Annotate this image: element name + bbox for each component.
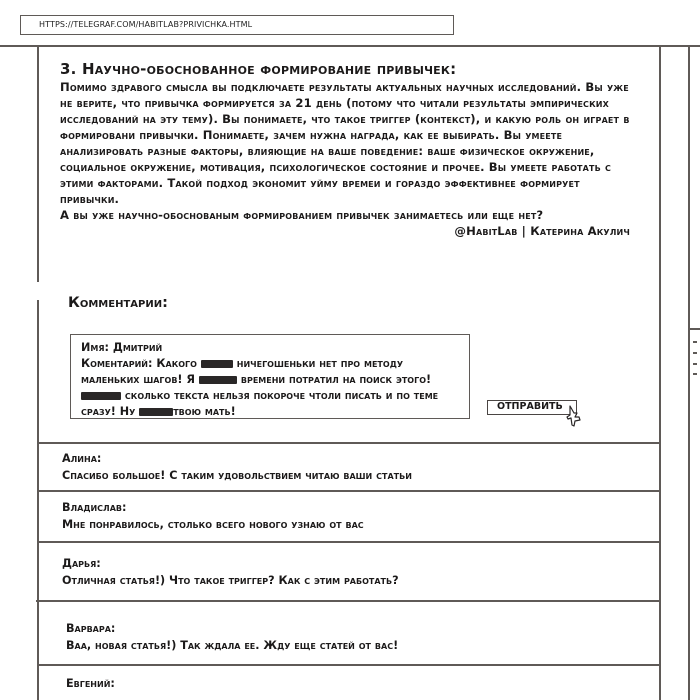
comment-list-item: Владислав: Мне понравилось, столько всег… [38,499,658,533]
article-paragraph: Помимо здравого смысла вы подключаете ре… [60,79,640,207]
scrollbar-grip [693,363,697,365]
comment-fragment: сколько текста нельзя покороче чтоли пис… [81,389,438,418]
scrollbar-grip [693,373,697,375]
article-question: А вы уже научно-обоснованым формирование… [60,207,640,223]
url-text: https://telegraf.com/habitlab?privichka.… [39,20,252,29]
name-label: Имя: [81,341,109,354]
comment-author: Варвара: [38,620,658,637]
comment-author: Дарья: [38,555,658,572]
row-divider [36,600,659,602]
scrollbar-track[interactable] [688,46,690,700]
comment-list-item: Алина: Спасибо большое! С таким удовольс… [38,450,658,484]
comment-fragment: Какого [156,357,197,370]
address-bar[interactable]: https://telegraf.com/habitlab?privichka.… [20,15,454,35]
comment-fragment: твою мать! [173,405,235,418]
comment-body: Ваа, новая статья!) Так ждала ее. Жду ещ… [38,637,658,654]
censor-bar [81,392,121,400]
submit-button[interactable]: Отправить [487,400,577,415]
article-body: Помимо здравого смысла вы подключаете ре… [60,79,640,239]
comment-fragment: времени потратил на поиск этого! [241,373,431,386]
comment-author: Алина: [38,450,658,467]
comment-list-item: Варвара: Ваа, новая статья!) Так ждала е… [38,620,658,654]
mouse-cursor-icon [566,405,586,437]
header-divider [0,45,700,47]
article: 3. Научно-обоснованное формирование прив… [60,60,640,239]
comment-body: Спасибо большое! С таким удовольствием ч… [38,467,658,484]
row-divider [38,664,659,666]
comment-list-item: Дарья: Отличная статья!) Что такое тригг… [38,555,658,589]
row-divider [38,541,659,543]
comment-text: Коментарий: Какого ничегошеньки нет про … [81,356,459,419]
row-divider [38,442,659,444]
scrollbar-grip [693,352,697,354]
censor-bar [139,408,173,416]
name-value: Дмитрий [113,341,162,354]
article-title: 3. Научно-обоснованное формирование прив… [60,60,640,78]
name-line: Имя: Дмитрий [81,340,459,356]
scrollbar-grip [693,341,697,343]
comment-body: Отличная статья!) Что такое триггер? Как… [38,572,658,589]
content-left-border [37,46,39,282]
comment-author: Евгений: [38,675,658,692]
row-divider [38,490,659,492]
comment-list-item: Евгений: [38,675,658,692]
censor-bar [201,360,233,368]
comment-author: Владислав: [38,499,658,516]
comments-heading: Комментарии: [68,295,168,311]
comment-label: Коментарий: [81,357,152,370]
censor-bar [199,376,237,384]
comment-input[interactable]: Имя: Дмитрий Коментарий: Какого ничегоше… [70,334,470,419]
article-signature: @HabitLab | Катерина Акулич [60,223,630,239]
content-right-border [659,46,661,700]
comment-body: Мне понравилось, столько всего нового уз… [38,516,658,533]
scrollbar-thumb-top[interactable] [688,328,700,330]
